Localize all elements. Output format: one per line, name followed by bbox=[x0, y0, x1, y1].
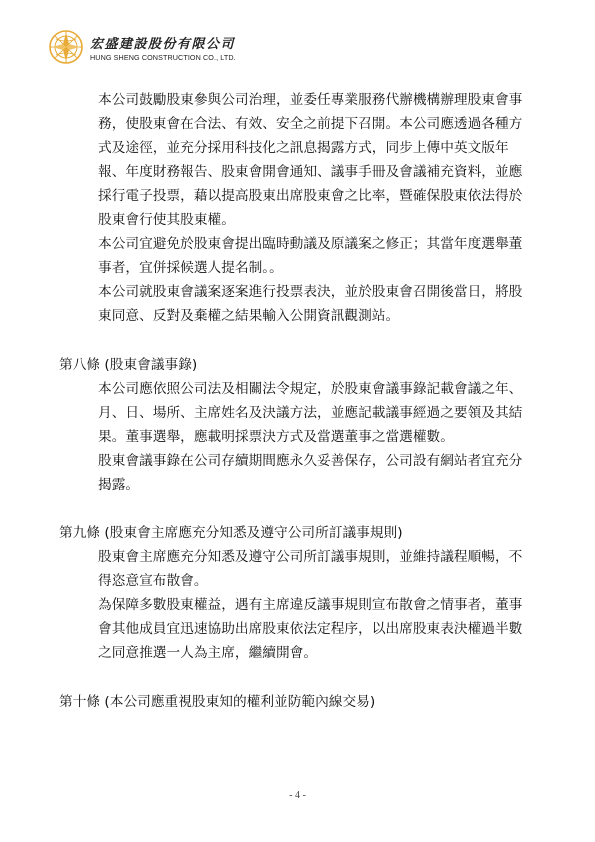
paragraph-line: 採行電子投票，藉以提高股東出席股東會之比率，暨確保股東依法得於 bbox=[98, 188, 522, 204]
paragraph-line: 會其他成員宜迅速協助出席股東依法定程序，以出席股東表決權過半數 bbox=[98, 621, 522, 637]
paragraph-line: 之同意推選一人為主席，繼續開會。 bbox=[98, 645, 317, 661]
paragraph-line: 本公司應依照公司法及相關法令規定，於股東會議事錄記載會議之年、 bbox=[98, 381, 522, 397]
compass-rose-logo-icon bbox=[48, 29, 84, 65]
paragraph-line: 得恣意宣布散會。 bbox=[98, 573, 208, 589]
company-name-english: HUNG SHENG CONSTRUCTION CO., LTD. bbox=[90, 53, 236, 62]
letterhead: 宏盛建設股份有限公司 HUNG SHENG CONSTRUCTION CO., … bbox=[48, 29, 308, 73]
article-10-heading: 第十條 (本公司應重視股東知的權利並防範內線交易) bbox=[59, 694, 375, 710]
page-number: - 4 - bbox=[0, 790, 595, 801]
paragraph-line: 果。董事選舉，應載明採票決方式及當選董事之當選權數。 bbox=[98, 429, 454, 445]
paragraph-line: 東同意、反對及棄權之結果輸入公開資訊觀測站。 bbox=[98, 308, 399, 324]
paragraph-line: 務，使股東會在合法、有效、安全之前提下召開。本公司應透過各種方 bbox=[98, 116, 522, 132]
paragraph-line: 月、日、場所、主席姓名及決議方法，並應記載議事經過之要領及其結 bbox=[98, 405, 522, 421]
document-page: 宏盛建設股份有限公司 HUNG SHENG CONSTRUCTION CO., … bbox=[0, 0, 595, 842]
paragraph-line: 事者，宜併採候選人提名制。。 bbox=[98, 260, 283, 276]
paragraph-line: 股東會議事錄在公司存續期間應永久妥善保存，公司設有網站者宜充分 bbox=[98, 453, 522, 469]
paragraph-line: 本公司就股東會議案逐案進行投票表決，並於股東會召開後當日，將股 bbox=[98, 284, 522, 300]
paragraph-line: 本公司鼓勵股東參與公司治理，並委任專業服務代辦機構辦理股東會事 bbox=[98, 92, 522, 108]
paragraph-line: 本公司宜避免於股東會提出臨時動議及原議案之修正；其當年度選舉董 bbox=[98, 236, 522, 252]
article-8-heading: 第八條 (股東會議事錄) bbox=[59, 357, 197, 373]
company-name-chinese: 宏盛建設股份有限公司 bbox=[90, 33, 235, 52]
article-9-heading: 第九條 (股東會主席應充分知悉及遵守公司所訂議事規則) bbox=[59, 525, 403, 541]
paragraph-line: 股東會主席應充分知悉及遵守公司所訂議事規則，並維持議程順暢，不 bbox=[98, 549, 522, 565]
paragraph-line: 式及途徑，並充分採用科技化之訊息揭露方式，同步上傳中英文版年 bbox=[98, 140, 509, 156]
paragraph-line: 為保障多數股東權益，遇有主席違反議事規則宣布散會之情事者，董事 bbox=[98, 597, 522, 613]
paragraph-line: 報、年度財務報告、股東會開會通知、議事手冊及會議補充資料，並應 bbox=[98, 164, 522, 180]
paragraph-line: 股東會行使其股東權。 bbox=[98, 212, 235, 228]
paragraph-line: 揭露。 bbox=[98, 477, 139, 493]
